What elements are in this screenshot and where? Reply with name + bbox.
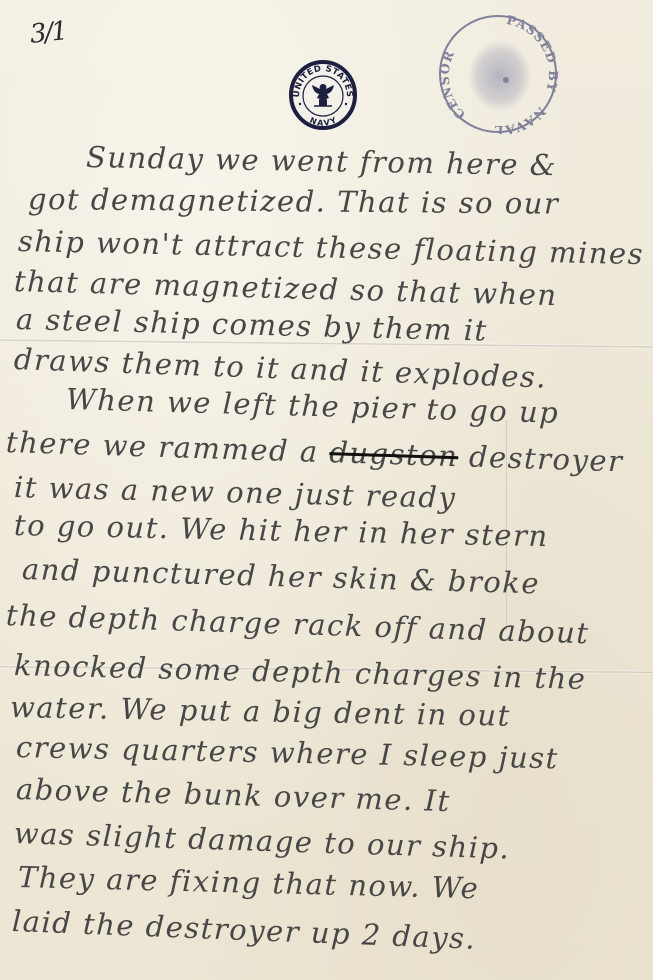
letter-line: above the bunk over me. It	[16, 772, 452, 818]
letter-line: was slight damage to our ship.	[13, 816, 510, 866]
letter-line: knocked some depth charges in the	[14, 648, 587, 696]
letter-line: ship won't attract these floating mines	[18, 224, 645, 271]
letter-body: Sunday we went from here & got demagneti…	[0, 0, 653, 980]
letter-line: the depth charge rack off and about	[5, 598, 590, 650]
letter-line: Sunday we went from here &	[86, 140, 558, 182]
letter-line: laid the destroyer up 2 days.	[11, 904, 476, 956]
letter-line: it was a new one just ready	[14, 470, 457, 515]
letter-line: They are fixing that now. We	[18, 860, 480, 905]
letter-line: a steel ship comes by them it	[16, 302, 488, 348]
letter-line: got demagnetized. That is so our	[28, 182, 560, 221]
struck-out-word: dugston	[329, 435, 459, 473]
letter-line: there we rammed a dugston destroyer	[5, 425, 624, 478]
letter-page: 3/1 UNITED STATES NAVY	[0, 0, 653, 980]
letter-line: and punctured her skin & broke	[22, 552, 541, 600]
letter-line: crews quarters where I sleep just	[16, 730, 560, 775]
letter-line: water. We put a big dent in out	[10, 690, 511, 733]
letter-text: there we rammed a	[5, 425, 329, 469]
letter-text: destroyer	[458, 439, 624, 478]
letter-line: to go out. We hit her in her stern	[14, 508, 549, 553]
